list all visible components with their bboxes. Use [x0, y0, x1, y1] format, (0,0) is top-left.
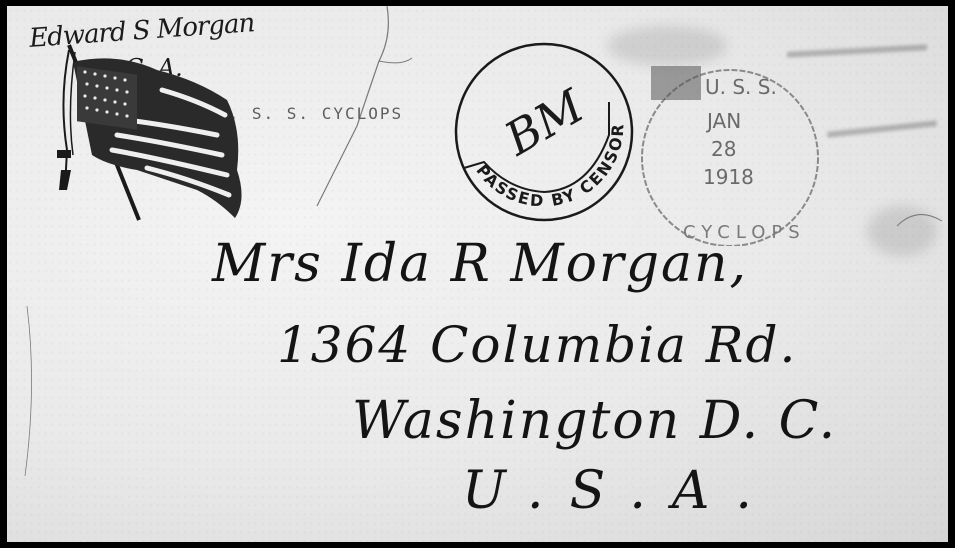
censor-initials: BM [495, 78, 595, 167]
censor-stamp: PASSED BY CENSOR BM [449, 40, 649, 230]
recipient-line-3: Washington D. C. [352, 391, 837, 451]
recipient-line-2: 1364 Columbia Rd. [277, 316, 797, 374]
recipient-line-1: Mrs Ida R Morgan, [212, 234, 748, 294]
postmark-month: JAN [705, 109, 741, 133]
postmark: U. S. S. JAN 28 1918 CYCLOPS [635, 66, 835, 246]
recipient-line-4: U.S.A. [462, 461, 778, 521]
postmark-year: 1918 [703, 165, 754, 189]
american-flag-icon [47, 40, 257, 225]
postmark-top: U. S. S. [705, 75, 777, 99]
envelope: Edward S Morgan C. A. U. S. S. CYCLOPS [7, 6, 948, 542]
postmark-day: 28 [711, 137, 736, 161]
